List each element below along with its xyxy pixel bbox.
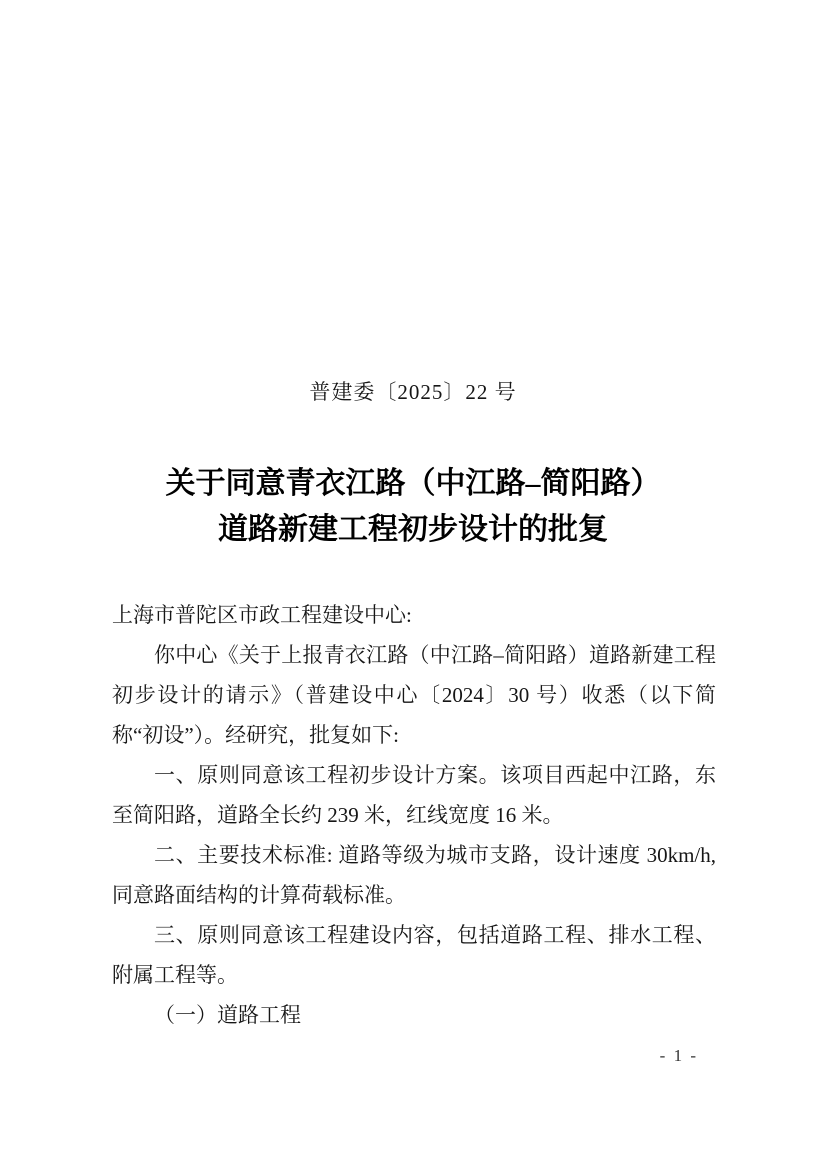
paragraph-item-3: 三、原则同意该工程建设内容，包括道路工程、排水工程、附属工程等。 — [112, 915, 716, 995]
addressee-line: 上海市普陀区市政工程建设中心: — [112, 595, 716, 635]
paragraph-item-1: 一、原则同意该工程初步设计方案。该项目西起中江路，东至简阳路，道路全长约 239… — [112, 755, 716, 835]
doc-number: 普建委〔2025〕22 号 — [0, 376, 826, 406]
title-line-1: 关于同意青衣江路（中江路–简阳路） — [0, 461, 826, 507]
paragraph-item-2: 二、主要技术标准: 道路等级为城市支路，设计速度 30km/h,同意路面结构的计… — [112, 835, 716, 915]
document-body: 上海市普陀区市政工程建设中心: 你中心《关于上报青衣江路（中江路–简阳路）道路新… — [112, 595, 716, 1035]
title-line-2: 道路新建工程初步设计的批复 — [0, 507, 826, 553]
paragraph-intro: 你中心《关于上报青衣江路（中江路–简阳路）道路新建工程初步设计的请示》（普建设中… — [112, 635, 716, 755]
document-page: 普建委〔2025〕22 号 关于同意青衣江路（中江路–简阳路） 道路新建工程初步… — [0, 0, 826, 1169]
section-heading-road-works: （一）道路工程 — [112, 995, 716, 1035]
document-title: 关于同意青衣江路（中江路–简阳路） 道路新建工程初步设计的批复 — [0, 461, 826, 553]
page-number: - 1 - — [660, 1046, 698, 1066]
